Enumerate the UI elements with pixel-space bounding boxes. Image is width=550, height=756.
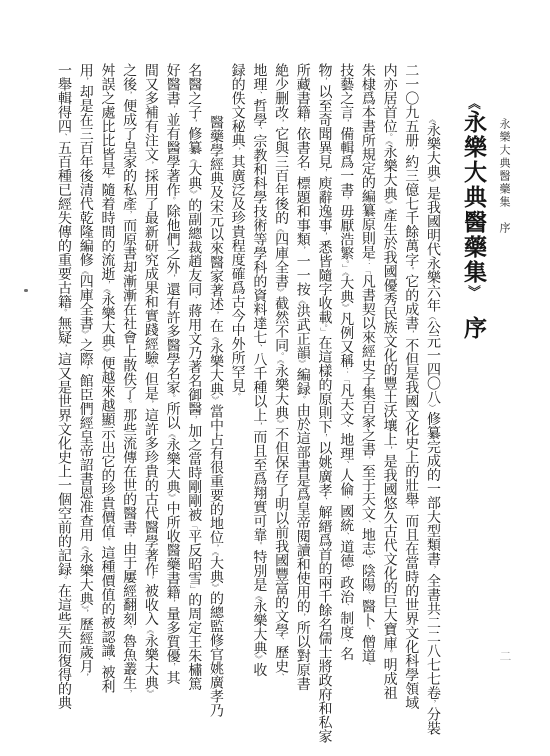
page-title: 《永樂大典醫藥集》 序 bbox=[457, 97, 490, 341]
text-column: 絶少删改，它與三百年後的《四庫全書》截然不同。《永樂大典》不但保存了明以前我國豐… bbox=[269, 63, 291, 731]
scan-speck bbox=[24, 289, 28, 292]
text-column: 内亦居首位。《永樂大典》產生於我國優秀民族文化的豐土沃壤上，是我國悠久古代文化的… bbox=[378, 63, 400, 731]
text-column: 地理、哲學、宗教和科學技術等學科的資料達七、八千種以上，而且至爲翔實可靠。特別是… bbox=[248, 63, 270, 731]
text-column: 之後，便成了皇家的私產，而原書却漸漸在社會上散佚了。那些流傳在世的醫書，由于屢經… bbox=[117, 63, 139, 731]
margin-running-head: 永樂大典醫藥集 序 bbox=[496, 118, 512, 235]
text-column: 《永樂大典》是我國明代永樂六年（公元一四〇八）修纂完成的一部大型類書，全書共二二… bbox=[421, 63, 443, 731]
page-number: 二 bbox=[497, 650, 514, 662]
body-text: 《永樂大典》是我國明代永樂六年（公元一四〇八）修纂完成的一部大型類書，全書共二二… bbox=[52, 63, 443, 731]
text-column: 二一〇九五册，約三億七千餘萬字。它的成書，不但是我國文化史上的壯舉，而且在當時的… bbox=[400, 63, 422, 731]
text-column: 用，却是在三百年後清代乾隆編修《四庫全書》之際，館臣們經皇帝詔書恩准查用《永樂大… bbox=[74, 63, 96, 731]
text-column: 所藏書籍，依書名、標題和事類，一一按《洪武正韻》編録。由於這部書是爲皇帝閱讀和使… bbox=[291, 63, 313, 731]
text-column: 醫藥學經典及宋元以來醫家著述，在《永樂大典》當中占有很重要的地位，《大典》的總監… bbox=[204, 63, 226, 731]
text-column: 録的佚文秘典，其廣泛及珍貴程度確爲古今中外所罕見。 bbox=[226, 63, 248, 731]
text-column: 名醫之子，修纂《大典》的副總裁趙友同、蔣用文乃著名御醫，加之當時剛剛被「平反昭雪… bbox=[183, 63, 205, 731]
text-column: 好醫書，並有醫學著作。除他們之外，還有許多醫學名家。所以《永樂大典》中所收醫藥書… bbox=[161, 63, 183, 731]
scanned-book-page: 永樂大典醫藥集 序 二 《永樂大典醫藥集》 序 《永樂大典》是我國明代永樂六年（… bbox=[0, 0, 550, 756]
text-column: 技藝之言，備輯爲一書，毋厭浩繁。」《大典》凡例又稱：「凡天文、地理、人倫、國統、… bbox=[334, 63, 356, 731]
text-column: 物，以至奇聞異見，庾辭逸事，悉皆隨字收載。」在這樣的原則下，以姚廣孝、解縉爲首的… bbox=[313, 63, 335, 731]
text-column: 一舉輯得四、五百種已經失傳的重要古籍。無疑，這又是世界文化史上一個空前的記録。在… bbox=[52, 63, 74, 731]
text-column: 舛誤之處比比皆是。隨着時間的流逝，《永樂大典》便越來越顯示出它的珍貴價值。這種價… bbox=[96, 63, 118, 731]
text-column: 間又多補有注文，採用了最新研究成果和實踐經驗。但是，這許多珍貴的古代醫學著作，被… bbox=[139, 63, 161, 731]
text-column: 朱棣爲本書所規定的編纂原則是：「凡書契以來經史子集百家之書，至于天文、地志、陰陽… bbox=[356, 63, 378, 731]
